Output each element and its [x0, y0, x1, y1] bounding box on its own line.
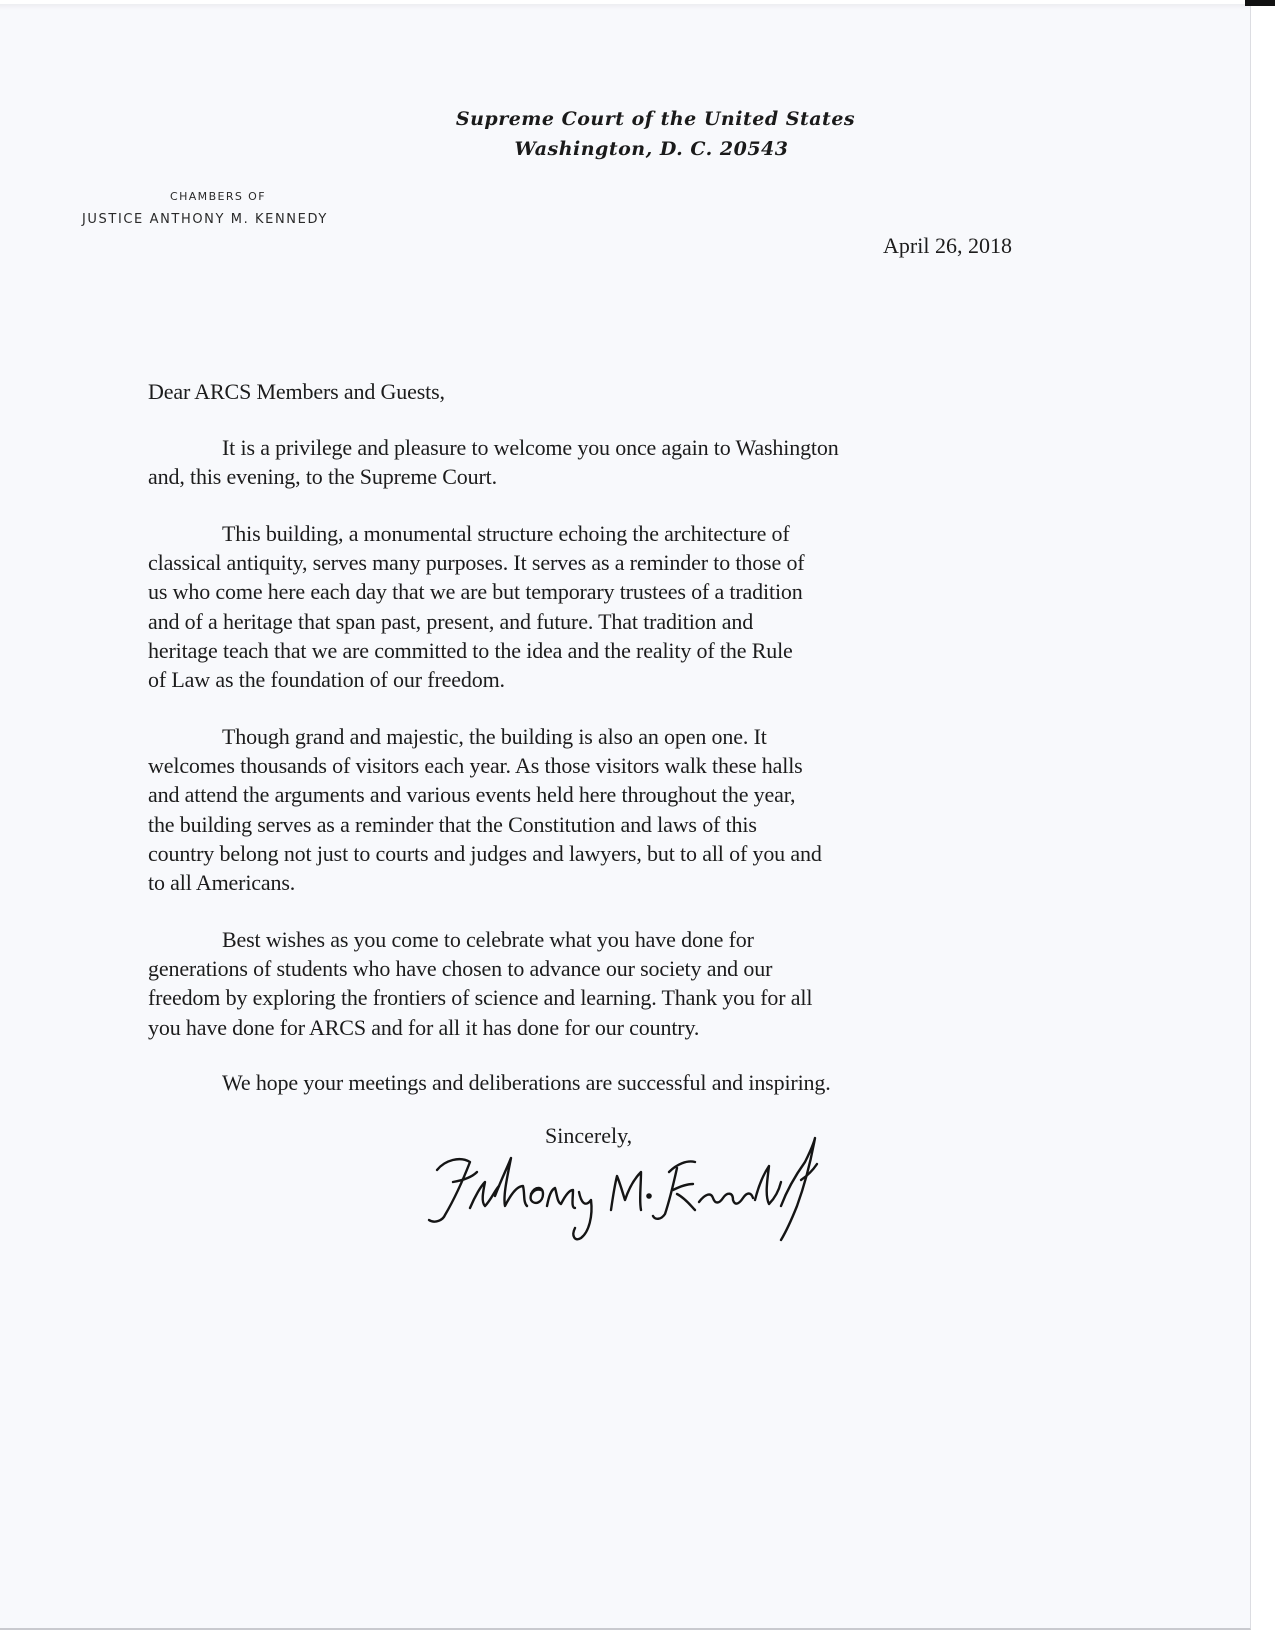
paragraph-line: you have done for ARCS and for all it ha… — [148, 1013, 1018, 1042]
paragraph-line: Though grand and majestic, the building … — [148, 722, 1018, 751]
chambers-label: CHAMBERS OF — [170, 190, 266, 203]
letterhead-court-name: Supreme Court of the United States — [18, 108, 1275, 130]
paragraph-line: We hope your meetings and deliberations … — [148, 1068, 1018, 1097]
letter-date: April 26, 2018 — [883, 233, 1012, 259]
handwritten-signature-icon — [415, 1120, 835, 1250]
paragraph-3: Though grand and majestic, the building … — [148, 722, 1018, 897]
paragraph-line: generations of students who have chosen … — [148, 954, 1018, 983]
paragraph-line: and attend the arguments and various eve… — [148, 780, 1018, 809]
paragraph-line: and of a heritage that span past, presen… — [148, 607, 1018, 636]
chambers-justice-name: JUSTICE ANTHONY M. KENNEDY — [82, 212, 328, 227]
scanner-corner-mark — [1245, 0, 1275, 6]
paragraph-line: of Law as the foundation of our freedom. — [148, 665, 1018, 694]
paragraph-line: It is a privilege and pleasure to welcom… — [148, 433, 1018, 462]
paragraph-line: This building, a monumental structure ec… — [148, 519, 1018, 548]
paragraph-line: country belong not just to courts and ju… — [148, 839, 1018, 868]
salutation-text: Dear ARCS Members and Guests, — [148, 377, 1018, 406]
paragraph-4: Best wishes as you come to celebrate wha… — [148, 925, 1018, 1042]
paragraph-line: heritage teach that we are committed to … — [148, 636, 1018, 665]
paragraph-1: It is a privilege and pleasure to welcom… — [148, 433, 1018, 491]
paragraph-line: and, this evening, to the Supreme Court. — [148, 462, 1018, 491]
paragraph-line: welcomes thousands of visitors each year… — [148, 751, 1018, 780]
salutation: Dear ARCS Members and Guests, — [148, 377, 1018, 406]
paragraph-line: us who come here each day that we are bu… — [148, 577, 1018, 606]
paragraph-5: We hope your meetings and deliberations … — [148, 1068, 1018, 1097]
paragraph-line: to all Americans. — [148, 868, 1018, 897]
paragraph-line: the building serves as a reminder that t… — [148, 810, 1018, 839]
paragraph-2: This building, a monumental structure ec… — [148, 519, 1018, 694]
letterhead-address: Washington, D. C. 20543 — [14, 138, 1275, 160]
paragraph-line: Best wishes as you come to celebrate wha… — [148, 925, 1018, 954]
paragraph-line: classical antiquity, serves many purpose… — [148, 548, 1018, 577]
paragraph-line: freedom by exploring the frontiers of sc… — [148, 983, 1018, 1012]
